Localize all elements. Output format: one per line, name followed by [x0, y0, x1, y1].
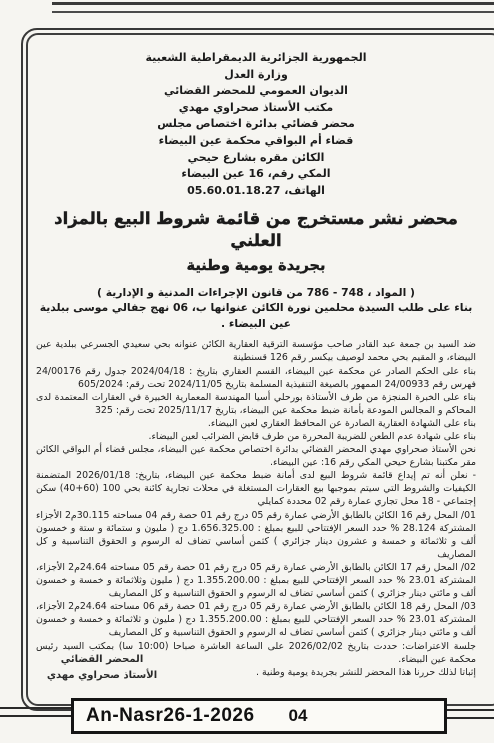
footer-rule-right: [441, 709, 494, 719]
newspaper-stamp-box: An-Nasr26-1-2026 04: [71, 698, 447, 734]
signature-name: الأستاذ صحراوي مهدي: [42, 668, 162, 684]
header-line: مكتب الأستاذ صحراوي مهدي: [36, 100, 476, 117]
header-line: الجمهورية الجزائرية الديمقراطية الشعبية: [36, 50, 476, 67]
top-scan-rule: [52, 2, 494, 13]
legal-notice: الجمهورية الجزائرية الديمقراطية الشعبية …: [36, 50, 476, 679]
legal-articles-line: ( المواد ، 748 - 786 من قانون الإجراءات …: [36, 285, 476, 300]
request-line: بناء على طلب السيدة محلمين نورة الكائن ع…: [36, 300, 476, 316]
notice-title: محضر نشر مستخرج من قائمة شروط البيع بالم…: [36, 208, 476, 252]
body-paragraph: 03/ المحل رقم 18 الكائن بالطابق الأرضي ع…: [36, 600, 476, 639]
header-line: قضاء أم البواقي محكمة عين البيضاء: [36, 133, 476, 150]
header-line: الكائن مقره بشارع حيحي: [36, 150, 476, 167]
request-line: عين البيضاء .: [36, 316, 476, 332]
notice-subtitle: بجريدة يومية وطنية: [36, 256, 476, 276]
header-line: المكي رقم، 16 عين البيضاء: [36, 166, 476, 183]
body-paragraph: بناء على الخبرة المنجزة من طرف الأستاذة …: [36, 391, 476, 417]
notice-body-text: ضد السيد بن جمعة عبد القادر صاحب مؤسسة ا…: [36, 338, 476, 678]
header-line: الديوان العمومي للمحضر القضائي: [36, 83, 476, 100]
body-paragraph: - نعلن أنه تم إيداع قائمة شروط البيع لدى…: [36, 469, 476, 508]
signature-role: المحضر القضائي: [42, 652, 162, 668]
body-paragraph: نحن الأستاذ صحراوي مهدي المحضر القضائي ب…: [36, 443, 476, 469]
footer-rule-left: [0, 707, 76, 717]
body-paragraph: بناء على الشهادة العقارية الصادرة عن الم…: [36, 417, 476, 430]
body-paragraph: بناء على الحكم الصادر عن محكمة عين البيض…: [36, 365, 476, 391]
body-paragraph: بناء على شهادة عدم الطعن للضريبة المحررة…: [36, 430, 476, 443]
header-line: محضر قضائي بدائرة اختصاص مجلس: [36, 116, 476, 133]
newspaper-name-date: An-Nasr26-1-2026: [74, 705, 255, 727]
header-line: وزارة العدل: [36, 67, 476, 84]
page-number: 04: [289, 706, 308, 726]
signature-block: المحضر القضائي الأستاذ صحراوي مهدي: [42, 652, 162, 684]
body-paragraph: 01/ المحل رقم 16 الكائن بالطابق الأرضي ع…: [36, 509, 476, 561]
body-paragraph: 02/ المحل رقم 17 الكائن بالطابق الأرضي ع…: [36, 561, 476, 600]
header-line: الهاتف، 05.60.01.18.27: [36, 183, 476, 200]
body-paragraph: ضد السيد بن جمعة عبد القادر صاحب مؤسسة ا…: [36, 338, 476, 364]
